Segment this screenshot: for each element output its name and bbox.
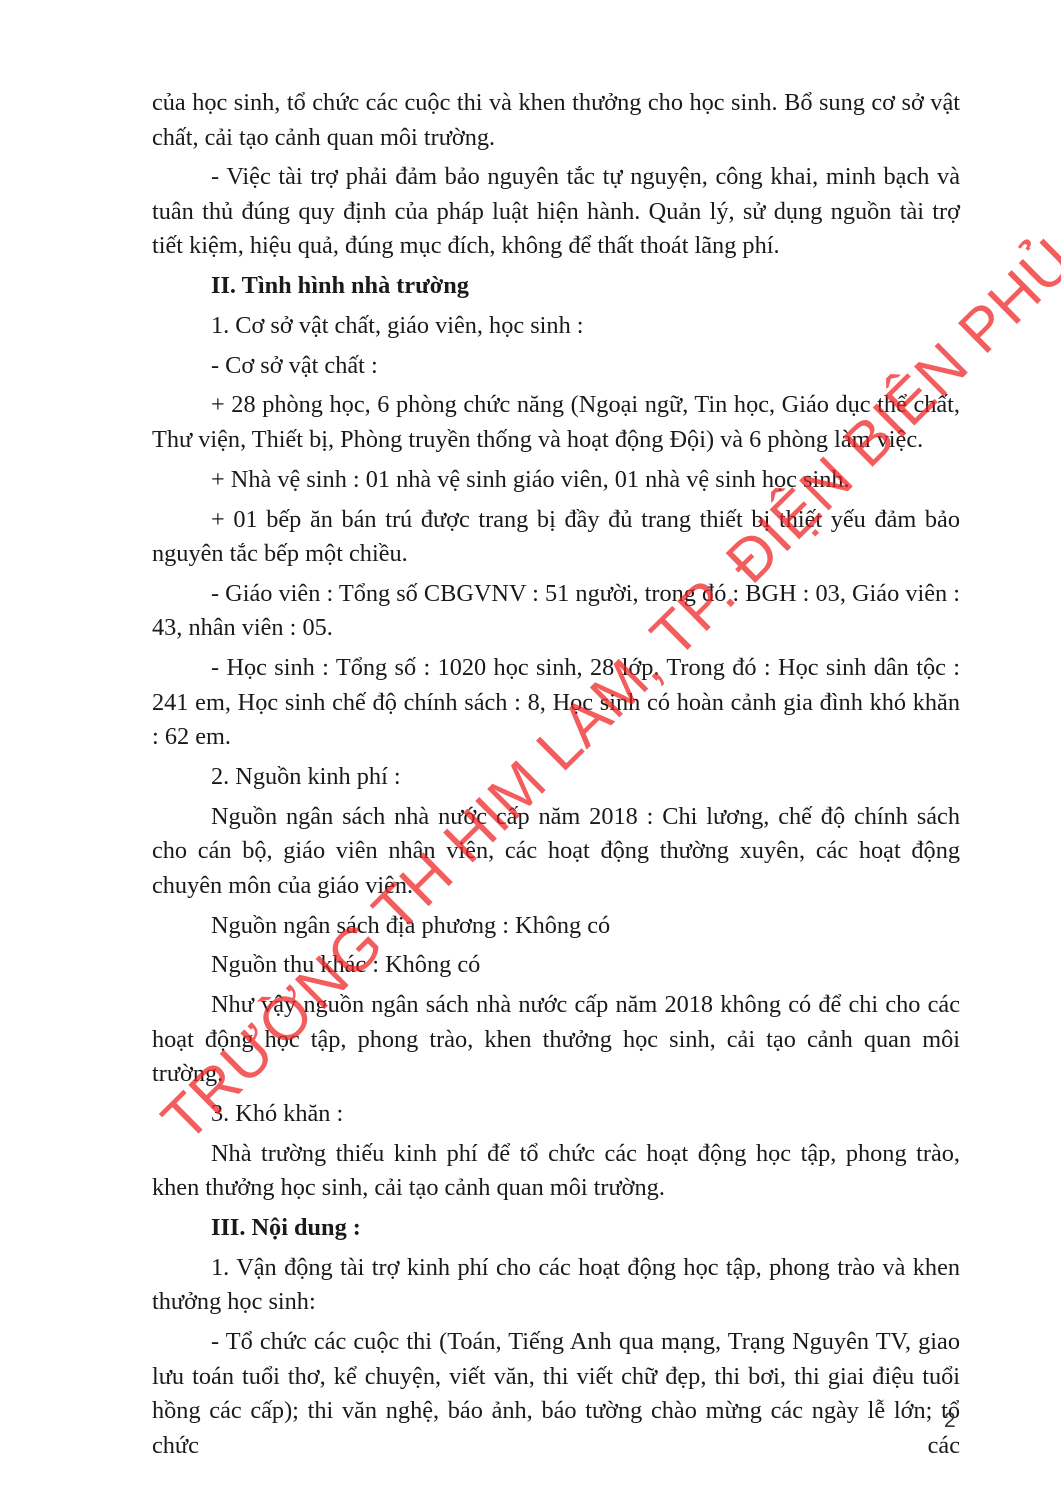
paragraph-local-budget: Nguồn ngân sách địa phương : Không có bbox=[152, 909, 960, 944]
document-page: của học sinh, tổ chức các cuộc thi và kh… bbox=[0, 0, 1061, 1500]
paragraph-kitchen: + 01 bếp ăn bán trú được trang bị đầy đủ… bbox=[152, 503, 960, 572]
document-body: của học sinh, tổ chức các cuộc thi và kh… bbox=[152, 86, 960, 1468]
paragraph-other-revenue: Nguồn thu khác : Không có bbox=[152, 948, 960, 983]
paragraph-sponsorship-principles: - Việc tài trợ phải đảm bảo nguyên tắc t… bbox=[152, 160, 960, 264]
subheading-funding-sources: 2. Nguồn kinh phí : bbox=[152, 760, 960, 795]
paragraph-students: - Học sinh : Tổng số : 1020 học sinh, 28… bbox=[152, 651, 960, 755]
paragraph-continuation: của học sinh, tổ chức các cuộc thi và kh… bbox=[152, 86, 960, 155]
paragraph-restrooms: + Nhà vệ sinh : 01 nhà vệ sinh giáo viên… bbox=[152, 463, 960, 498]
paragraph-budget-conclusion: Như vậy nguồn ngân sách nhà nước cấp năm… bbox=[152, 988, 960, 1092]
paragraph-teachers: - Giáo viên : Tổng số CBGVNV : 51 người,… bbox=[152, 577, 960, 646]
section-heading-school-situation: II. Tình hình nhà trường bbox=[152, 269, 960, 304]
subheading-difficulties: 3. Khó khăn : bbox=[152, 1097, 960, 1132]
paragraph-state-budget: Nguồn ngân sách nhà nước cấp năm 2018 : … bbox=[152, 800, 960, 904]
page-number: 2 bbox=[944, 1409, 956, 1433]
paragraph-competitions: - Tổ chức các cuộc thi (Toán, Tiếng Anh … bbox=[152, 1325, 960, 1463]
paragraph-classrooms: + 28 phòng học, 6 phòng chức năng (Ngoại… bbox=[152, 388, 960, 457]
paragraph-difficulties: Nhà trường thiếu kinh phí để tổ chức các… bbox=[152, 1137, 960, 1206]
subheading-facilities-teachers-students: 1. Cơ sở vật chất, giáo viên, học sinh : bbox=[152, 309, 960, 344]
paragraph-facilities-label: - Cơ sở vật chất : bbox=[152, 349, 960, 384]
section-heading-content: III. Nội dung : bbox=[152, 1211, 960, 1246]
subheading-fundraising: 1. Vận động tài trợ kinh phí cho các hoạ… bbox=[152, 1251, 960, 1320]
